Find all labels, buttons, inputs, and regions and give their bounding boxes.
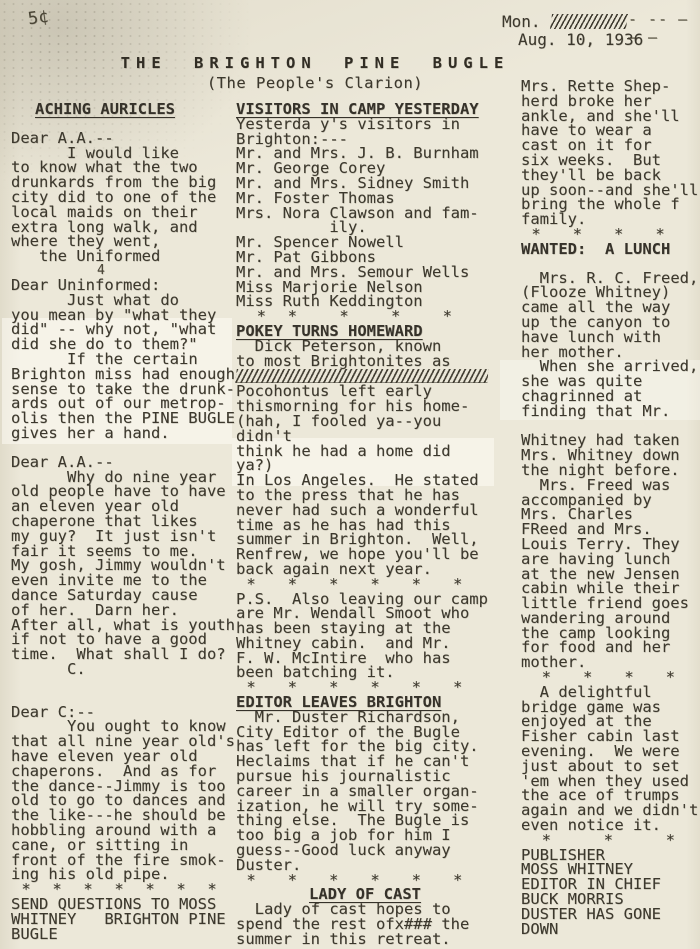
bridge-note: A delightful bridge game was enjoyed at … — [521, 685, 699, 833]
column-advice: ACHING AURICLES Dear A.A.-- I would like… — [11, 102, 237, 941]
pokey-article: Pocohontus left early thismorning for hi… — [236, 384, 494, 576]
section-heading-aching-auricles: ACHING AURICLES — [11, 102, 237, 117]
newsletter-page: 5¢ Mon. - -- — — — Aug. 10, 1936 THE BRI… — [0, 0, 700, 949]
letter-to-aa-1: Dear A.A.-- I would like to know what th… — [11, 131, 237, 264]
section-heading-wanted-lunch: WANTED: A LUNCH — [521, 242, 699, 257]
column-social-notes: Mrs. Rette Shep- herd broke her ankle, a… — [521, 79, 699, 936]
shepherd-note: Mrs. Rette Shep- herd broke her ankle, a… — [521, 79, 699, 227]
column-news: VISITORS IN CAMP YESTERDAY Yesterda y's … — [236, 102, 494, 947]
editor-article: Mr. Duster Richardson, City Editor of th… — [236, 710, 494, 873]
letter-to-aa-2: Dear A.A.-- Why do nine year old people … — [11, 455, 237, 677]
hatch-scribble-redaction — [235, 369, 488, 383]
lunch-article: Mrs. R. C. Freed, (Flooze Whitney) came … — [521, 271, 699, 671]
newsletter-subtitle: (The People's Clarion) — [100, 74, 530, 92]
pokey-intro: Dick Peterson, known to most Brightonite… — [236, 339, 494, 369]
lady-of-cast-article: Lady of cast hopes to spend the rest ofx… — [236, 902, 494, 946]
reply-dear-c: Dear C:-- You ought to know that all nin… — [11, 705, 237, 883]
ps-note: P.S. Also leaving our camp are Mr. Wenda… — [236, 592, 494, 681]
day-label: Mon. — [502, 12, 541, 31]
date-label: Aug. 10, 1936 — [518, 30, 643, 49]
send-questions-footer: SEND QUESTIONS TO MOSS WHITNEY BRIGHTON … — [11, 897, 237, 941]
visitors-list: Yesterda y's visitors in Brighton:--- Mr… — [236, 117, 494, 309]
newsletter-title: THE BRIGHTON PINE BUGLE — [100, 54, 530, 72]
reply-uninformed: Dear Uninformed: Just what do you mean b… — [11, 278, 237, 441]
masthead: THE BRIGHTON PINE BUGLE (The People's Cl… — [100, 54, 530, 92]
price-label: 5¢ — [27, 7, 50, 30]
credits-masthead: PUBLISHER MOSS WHITNEY EDITOR IN CHIEF B… — [521, 848, 699, 937]
hatch-scribble-icon — [550, 14, 628, 29]
